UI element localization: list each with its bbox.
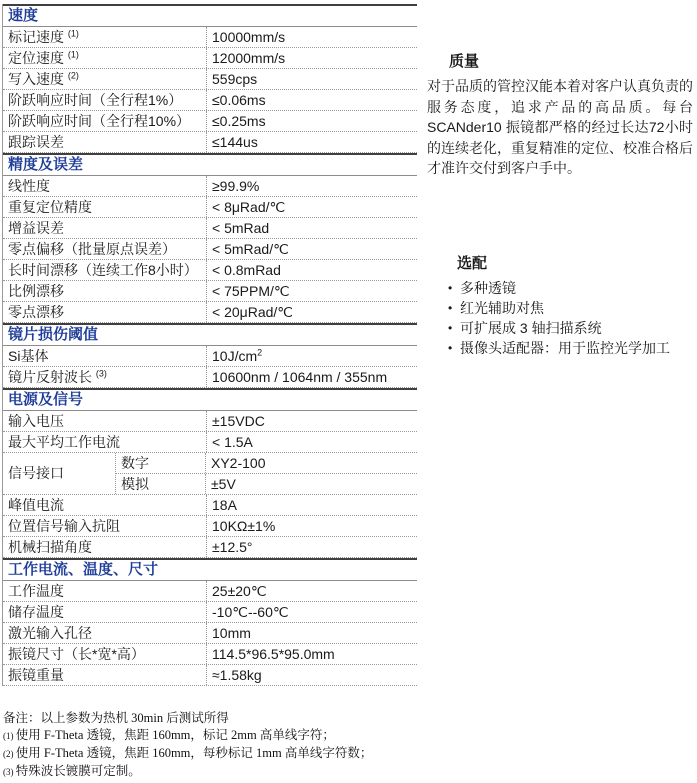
spec-value: 10J/cm2 <box>207 346 417 366</box>
spec-label: 输入电压 <box>3 411 207 431</box>
spec-value: < 20μRad/℃ <box>207 302 417 322</box>
bullet-icon: • <box>448 338 452 358</box>
footnote-text: 使用 F-Theta 透镜，焦距 160mm，每秒标记 1mm 高单线字符数； <box>16 746 373 760</box>
spec-row: 重复定位精度< 8μRad/℃ <box>3 197 417 218</box>
spec-row: 长时间漂移（连续工作8小时）< 0.8mRad <box>3 260 417 281</box>
bullet-icon: • <box>448 278 452 298</box>
spec-value: ±15VDC <box>207 411 417 431</box>
spec-label: 位置信号输入抗阻 <box>3 516 207 536</box>
spec-label: 写入速度 (2) <box>3 69 207 89</box>
spec-row: 工作温度25±20℃ <box>3 581 417 602</box>
section-title: 电源及信号 <box>3 388 417 411</box>
spec-value: 12000mm/s <box>207 48 417 68</box>
spec-row: 写入速度 (2)559cps <box>3 69 417 90</box>
footnote-marker: (1) <box>3 731 16 741</box>
spec-row: 振镜重量≈1.58kg <box>3 665 417 686</box>
spec-value: < 75PPM/℃ <box>207 281 417 301</box>
spec-row: 零点漂移< 20μRad/℃ <box>3 302 417 323</box>
spec-value: ≤0.25ms <box>207 111 417 131</box>
spec-label: 增益误差 <box>3 218 207 238</box>
spec-row-group: 信号接口数字XY2-100模拟±5V <box>3 453 417 495</box>
option-item: •多种透镜 <box>427 278 693 298</box>
spec-value: ±5V <box>206 474 417 494</box>
spec-row: 零点偏移（批量原点误差）< 5mRad/℃ <box>3 239 417 260</box>
spec-value: 10600nm / 1064nm / 355nm <box>207 367 417 387</box>
spec-row: 标记速度 (1)10000mm/s <box>3 27 417 48</box>
superscript-marker: 2 <box>257 347 262 357</box>
footnote-line: (1) 使用 F-Theta 透镜，焦距 160mm，标记 2mm 高单线字符； <box>3 727 433 745</box>
spec-value: < 1.5A <box>207 432 417 452</box>
spec-subrows: 数字XY2-100模拟±5V <box>116 453 417 494</box>
superscript-marker: (1) <box>68 49 79 59</box>
spec-value: ≈1.58kg <box>207 665 417 685</box>
options-list: •多种透镜•红光辅助对焦•可扩展成 3 轴扫描系统•摄像头适配器：用于监控光学加… <box>427 278 693 358</box>
spec-sub-label: 数字 <box>116 453 206 473</box>
spec-value: 18A <box>207 495 417 515</box>
spec-row: 镜片反射波长 (3)10600nm / 1064nm / 355nm <box>3 367 417 388</box>
spec-value: ≤144us <box>207 132 417 152</box>
section-title: 精度及误差 <box>3 153 417 176</box>
option-item: •摄像头适配器：用于监控光学加工 <box>427 338 693 358</box>
spec-sub-row: 数字XY2-100 <box>116 453 417 474</box>
footnote-line: (3) 特殊波长镀膜可定制。 <box>3 763 433 781</box>
spec-row: 阶跃响应时间（全行程10%）≤0.25ms <box>3 111 417 132</box>
spec-value: 10KΩ±1% <box>207 516 417 536</box>
footnote-line: (2) 使用 F-Theta 透镜，焦距 160mm，每秒标记 1mm 高单线字… <box>3 745 433 763</box>
quality-section: 质量 对于品质的管控汉能本着对客户认真负责的服务态度，追求产品的高品质。每台SC… <box>427 50 693 179</box>
spec-value: 10000mm/s <box>207 27 417 47</box>
spec-row: 增益误差< 5mRad <box>3 218 417 239</box>
spec-row: 储存温度-10℃--60℃ <box>3 602 417 623</box>
spec-label: 长时间漂移（连续工作8小时） <box>3 260 207 280</box>
spec-label: 定位速度 (1) <box>3 48 207 68</box>
spec-row: 机械扫描角度±12.5° <box>3 537 417 558</box>
spec-label: 镜片反射波长 (3) <box>3 367 207 387</box>
spec-label: 储存温度 <box>3 602 207 622</box>
spec-row: 激光输入孔径10mm <box>3 623 417 644</box>
spec-value: 10mm <box>207 623 417 643</box>
spec-value: < 8μRad/℃ <box>207 197 417 217</box>
spec-label: 标记速度 (1) <box>3 27 207 47</box>
superscript-marker: (2) <box>68 70 79 80</box>
footnote-text: 使用 F-Theta 透镜，焦距 160mm，标记 2mm 高单线字符； <box>16 728 335 742</box>
spec-label: 振镜重量 <box>3 665 207 685</box>
spec-value: < 5mRad <box>207 218 417 238</box>
spec-sub-label: 模拟 <box>116 474 206 494</box>
section-title: 速度 <box>3 4 417 27</box>
options-section: 选配 •多种透镜•红光辅助对焦•可扩展成 3 轴扫描系统•摄像头适配器：用于监控… <box>427 252 693 358</box>
footnote-text: 特殊波长镀膜可定制。 <box>16 764 141 778</box>
spec-label: 激光输入孔径 <box>3 623 207 643</box>
spec-row: 跟踪误差≤144us <box>3 132 417 153</box>
options-title: 选配 <box>457 252 693 273</box>
spec-row: 位置信号输入抗阻10KΩ±1% <box>3 516 417 537</box>
section-title: 镜片损伤阈值 <box>3 323 417 346</box>
spec-value: ≥99.9% <box>207 176 417 196</box>
section-title: 工作电流、温度、尺寸 <box>3 558 417 581</box>
superscript-marker: (1) <box>68 28 79 38</box>
spec-row: 最大平均工作电流< 1.5A <box>3 432 417 453</box>
spec-value: -10℃--60℃ <box>207 602 417 622</box>
spec-label: 工作温度 <box>3 581 207 601</box>
spec-label: 重复定位精度 <box>3 197 207 217</box>
spec-label: 零点偏移（批量原点误差） <box>3 239 207 259</box>
quality-paragraph: 对于品质的管控汉能本着对客户认真负责的服务态度，追求产品的高品质。每台SCANd… <box>427 76 693 179</box>
spec-table: 速度标记速度 (1)10000mm/s定位速度 (1)12000mm/s写入速度… <box>2 4 417 686</box>
spec-label: 信号接口 <box>3 453 116 494</box>
spec-label: 机械扫描角度 <box>3 537 207 557</box>
spec-value: ±12.5° <box>207 537 417 557</box>
spec-row: Si基体10J/cm2 <box>3 346 417 367</box>
spec-value: < 5mRad/℃ <box>207 239 417 259</box>
spec-row: 阶跃响应时间（全行程1%）≤0.06ms <box>3 90 417 111</box>
footnote-marker: (3) <box>3 767 16 777</box>
spec-value: < 0.8mRad <box>207 260 417 280</box>
spec-row: 线性度≥99.9% <box>3 176 417 197</box>
spec-value: 114.5*96.5*95.0mm <box>207 644 417 664</box>
footnotes: 备注：以上参数为热机 30min 后测试所得 (1) 使用 F-Theta 透镜… <box>3 710 433 781</box>
spec-label: 线性度 <box>3 176 207 196</box>
spec-row: 比例漂移< 75PPM/℃ <box>3 281 417 302</box>
spec-value: 559cps <box>207 69 417 89</box>
spec-sub-row: 模拟±5V <box>116 474 417 494</box>
footnote-marker: (2) <box>3 749 16 759</box>
spec-label: 零点漂移 <box>3 302 207 322</box>
spec-label: Si基体 <box>3 346 207 366</box>
spec-row: 输入电压±15VDC <box>3 411 417 432</box>
spec-value: ≤0.06ms <box>207 90 417 110</box>
spec-value: 25±20℃ <box>207 581 417 601</box>
spec-value: XY2-100 <box>206 453 417 473</box>
option-item: •红光辅助对焦 <box>427 298 693 318</box>
bullet-icon: • <box>448 318 452 338</box>
spec-label: 阶跃响应时间（全行程10%） <box>3 111 207 131</box>
spec-label: 振镜尺寸（长*宽*高） <box>3 644 207 664</box>
footnote-note: 备注：以上参数为热机 30min 后测试所得 <box>3 710 433 727</box>
spec-label: 跟踪误差 <box>3 132 207 152</box>
bullet-icon: • <box>448 298 452 318</box>
quality-title: 质量 <box>449 50 693 71</box>
option-item: •可扩展成 3 轴扫描系统 <box>427 318 693 338</box>
spec-label: 最大平均工作电流 <box>3 432 207 452</box>
spec-row: 振镜尺寸（长*宽*高）114.5*96.5*95.0mm <box>3 644 417 665</box>
spec-label: 阶跃响应时间（全行程1%） <box>3 90 207 110</box>
spec-row: 定位速度 (1)12000mm/s <box>3 48 417 69</box>
spec-label: 比例漂移 <box>3 281 207 301</box>
spec-label: 峰值电流 <box>3 495 207 515</box>
superscript-marker: (3) <box>96 368 107 378</box>
spec-row: 峰值电流18A <box>3 495 417 516</box>
